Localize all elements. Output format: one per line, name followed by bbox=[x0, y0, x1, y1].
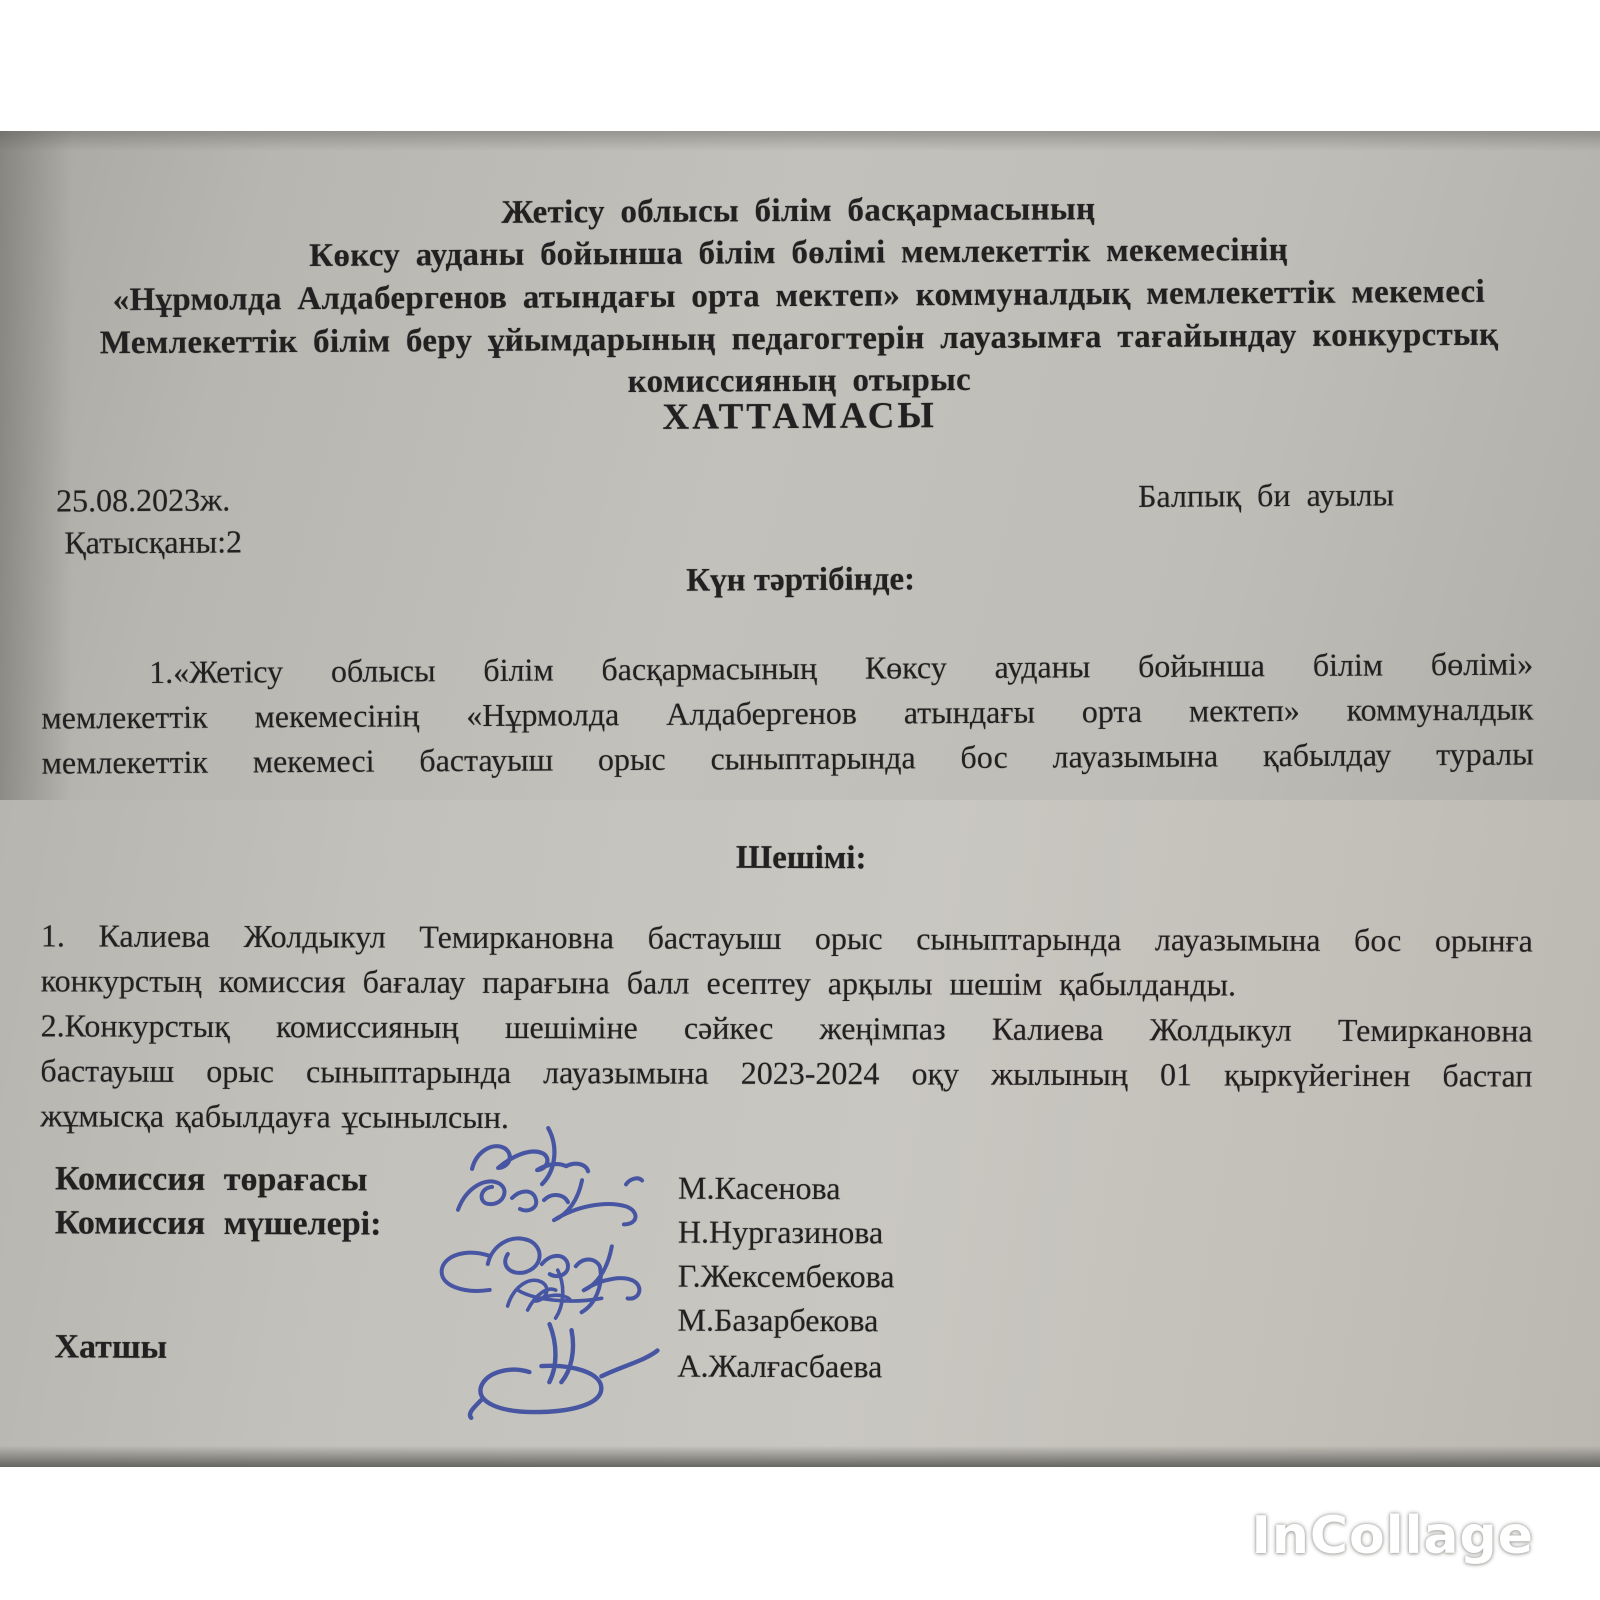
collage-canvas: Жетісу облысы білім басқармасының Көксу … bbox=[0, 0, 1600, 1600]
incollage-watermark: InCollage bbox=[1252, 1506, 1534, 1566]
document-photo-panel-top bbox=[0, 131, 1600, 800]
document-photo-panel-bottom bbox=[0, 800, 1600, 1467]
